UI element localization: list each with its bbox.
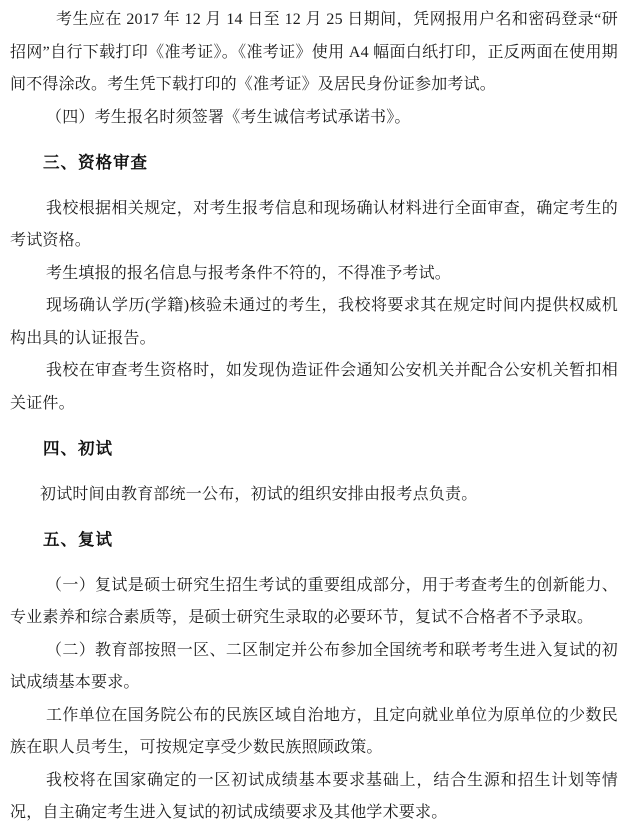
- paragraph-forged-documents: 我校在审查考生资格时，如发现伪造证件会通知公安机关并配合公安机关暂扣相关证件。: [10, 355, 618, 420]
- section-heading-qualification-review: 三、资格审查: [10, 147, 618, 180]
- paragraph-admission-ticket-download: 考生应在 2017 年 12 月 14 日至 12 月 25 日期间，凭网报用户…: [10, 4, 618, 102]
- section-heading-initial-exam: 四、初试: [10, 433, 618, 466]
- paragraph-full-review: 我校根据相关规定，对考生报考信息和现场确认材料进行全面审查，确定考生的考试资格。: [10, 193, 618, 258]
- paragraph-info-mismatch: 考生填报的报名信息与报考条件不符的，不得准予考试。: [10, 258, 618, 291]
- paragraph-school-score-requirements: 我校将在国家确定的一区初试成绩基本要求基础上，结合生源和招生计划等情况，自主确定…: [10, 765, 618, 830]
- document-page: 考生应在 2017 年 12 月 14 日至 12 月 25 日期间，凭网报用户…: [0, 0, 632, 836]
- paragraph-reexam-item-2: （二）教育部按照一区、二区制定并公布参加全国统考和联考考生进入复试的初试成绩基本…: [10, 635, 618, 700]
- paragraph-initial-exam-time: 初试时间由教育部统一公布，初试的组织安排由报考点负责。: [10, 479, 618, 512]
- paragraph-onsite-verification: 现场确认学历(学籍)核验未通过的考生，我校将要求其在规定时间内提供权威机构出具的…: [10, 290, 618, 355]
- section-heading-reexamination: 五、复试: [10, 524, 618, 557]
- paragraph-reexam-item-1: （一）复试是硕士研究生招生考试的重要组成部分，用于考查考生的创新能力、专业素养和…: [10, 570, 618, 635]
- paragraph-item-4-integrity-pledge: （四）考生报名时须签署《考生诚信考试承诺书》。: [10, 102, 618, 135]
- paragraph-ethnic-minority-policy: 工作单位在国务院公布的民族区域自治地方，且定向就业单位为原单位的少数民族在职人员…: [10, 700, 618, 765]
